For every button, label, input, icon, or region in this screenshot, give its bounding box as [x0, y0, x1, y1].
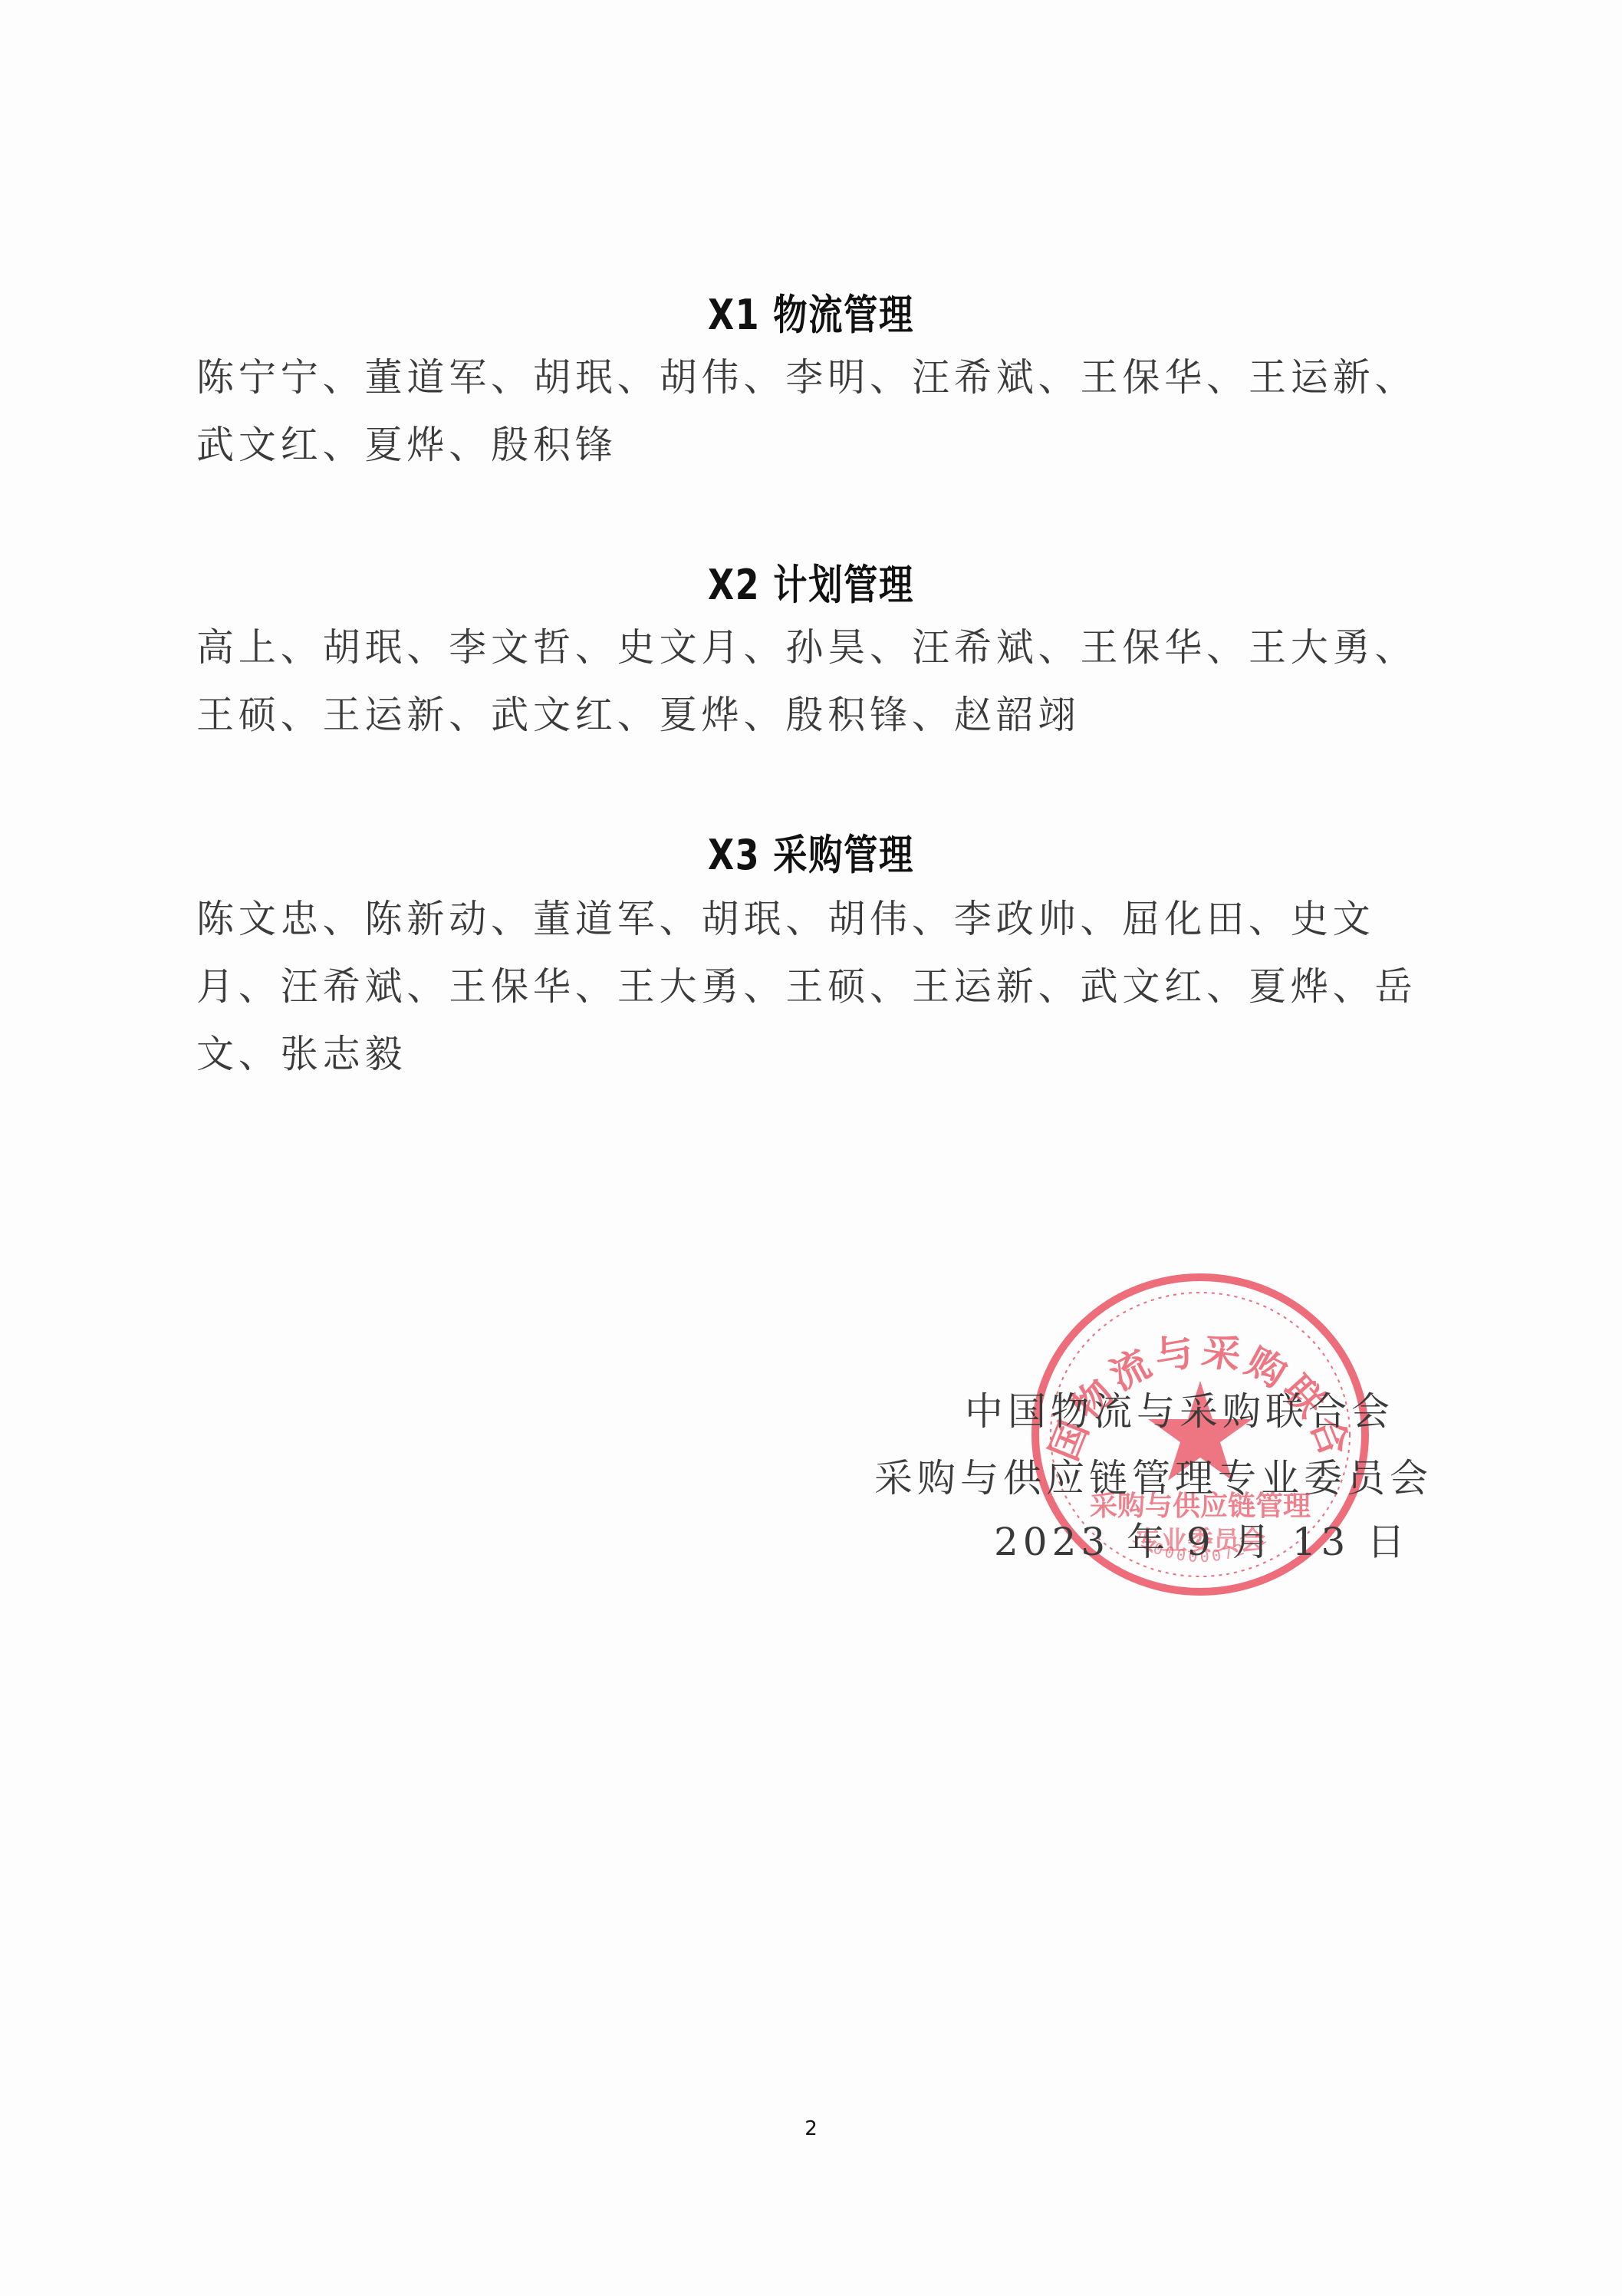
document-page: X1 物流管理 陈宁宁、董道军、胡珉、胡伟、李明、汪希斌、王保华、王运新、武文红…: [0, 0, 1622, 2296]
signature-organization: 中国物流与采购联合会: [965, 1381, 1394, 1436]
page-number: 2: [0, 2117, 1622, 2140]
section-names-x3: 陈文忠、陈新动、董道军、胡珉、胡伟、李政帅、屈化田、史文月、汪希斌、王保华、王大…: [196, 885, 1444, 1088]
section-title-x2: X2 计划管理: [146, 552, 1476, 611]
signature-date: 2023 年 9 月 13 日: [994, 1511, 1410, 1566]
section-names-x2: 高上、胡珉、李文哲、史文月、孙昊、汪希斌、王保华、王大勇、王硕、王运新、武文红、…: [196, 614, 1444, 749]
section-title-x3: X3 采购管理: [146, 822, 1476, 881]
signature-committee: 采购与供应链管理专业委员会: [874, 1448, 1433, 1503]
section-title-x1: X1 物流管理: [146, 282, 1476, 341]
section-names-x1: 陈宁宁、董道军、胡珉、胡伟、李明、汪希斌、王保华、王运新、武文红、夏烨、殷积锋: [196, 344, 1444, 479]
